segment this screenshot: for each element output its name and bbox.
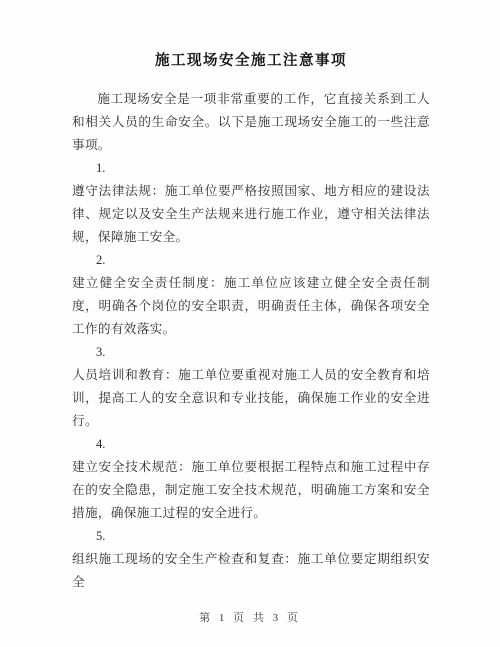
- item-number: 1.: [72, 157, 430, 180]
- item-number: 5.: [72, 525, 430, 548]
- item-paragraph: 遵守法律法规：施工单位要严格按照国家、地方相应的建设法律、规定以及安全生产法规来…: [72, 180, 430, 249]
- item-number: 4.: [72, 433, 430, 456]
- document-page: 施工现场安全施工注意事项 施工现场安全是一项非常重要的工作，它直接关系到工人和相…: [0, 0, 500, 647]
- item-paragraph: 建立健全安全责任制度：施工单位应该建立健全安全责任制度，明确各个岗位的安全职责，…: [72, 272, 430, 341]
- item-number: 2.: [72, 249, 430, 272]
- item-number: 3.: [72, 341, 430, 364]
- document-body: 施工现场安全是一项非常重要的工作，它直接关系到工人和相关人员的生命安全。以下是施…: [72, 88, 430, 594]
- item-paragraph: 组织施工现场的安全生产检查和复查：施工单位要定期组织安全: [72, 548, 430, 594]
- intro-paragraph: 施工现场安全是一项非常重要的工作，它直接关系到工人和相关人员的生命安全。以下是施…: [72, 88, 430, 157]
- item-paragraph: 建立安全技术规范：施工单位要根据工程特点和施工过程中存在的安全隐患，制定施工安全…: [72, 456, 430, 525]
- item-paragraph: 人员培训和教育：施工单位要重视对施工人员的安全教育和培训，提高工人的安全意识和专…: [72, 364, 430, 433]
- page-number: 第 1 页 共 3 页: [0, 609, 500, 625]
- document-title: 施工现场安全施工注意事项: [72, 50, 430, 72]
